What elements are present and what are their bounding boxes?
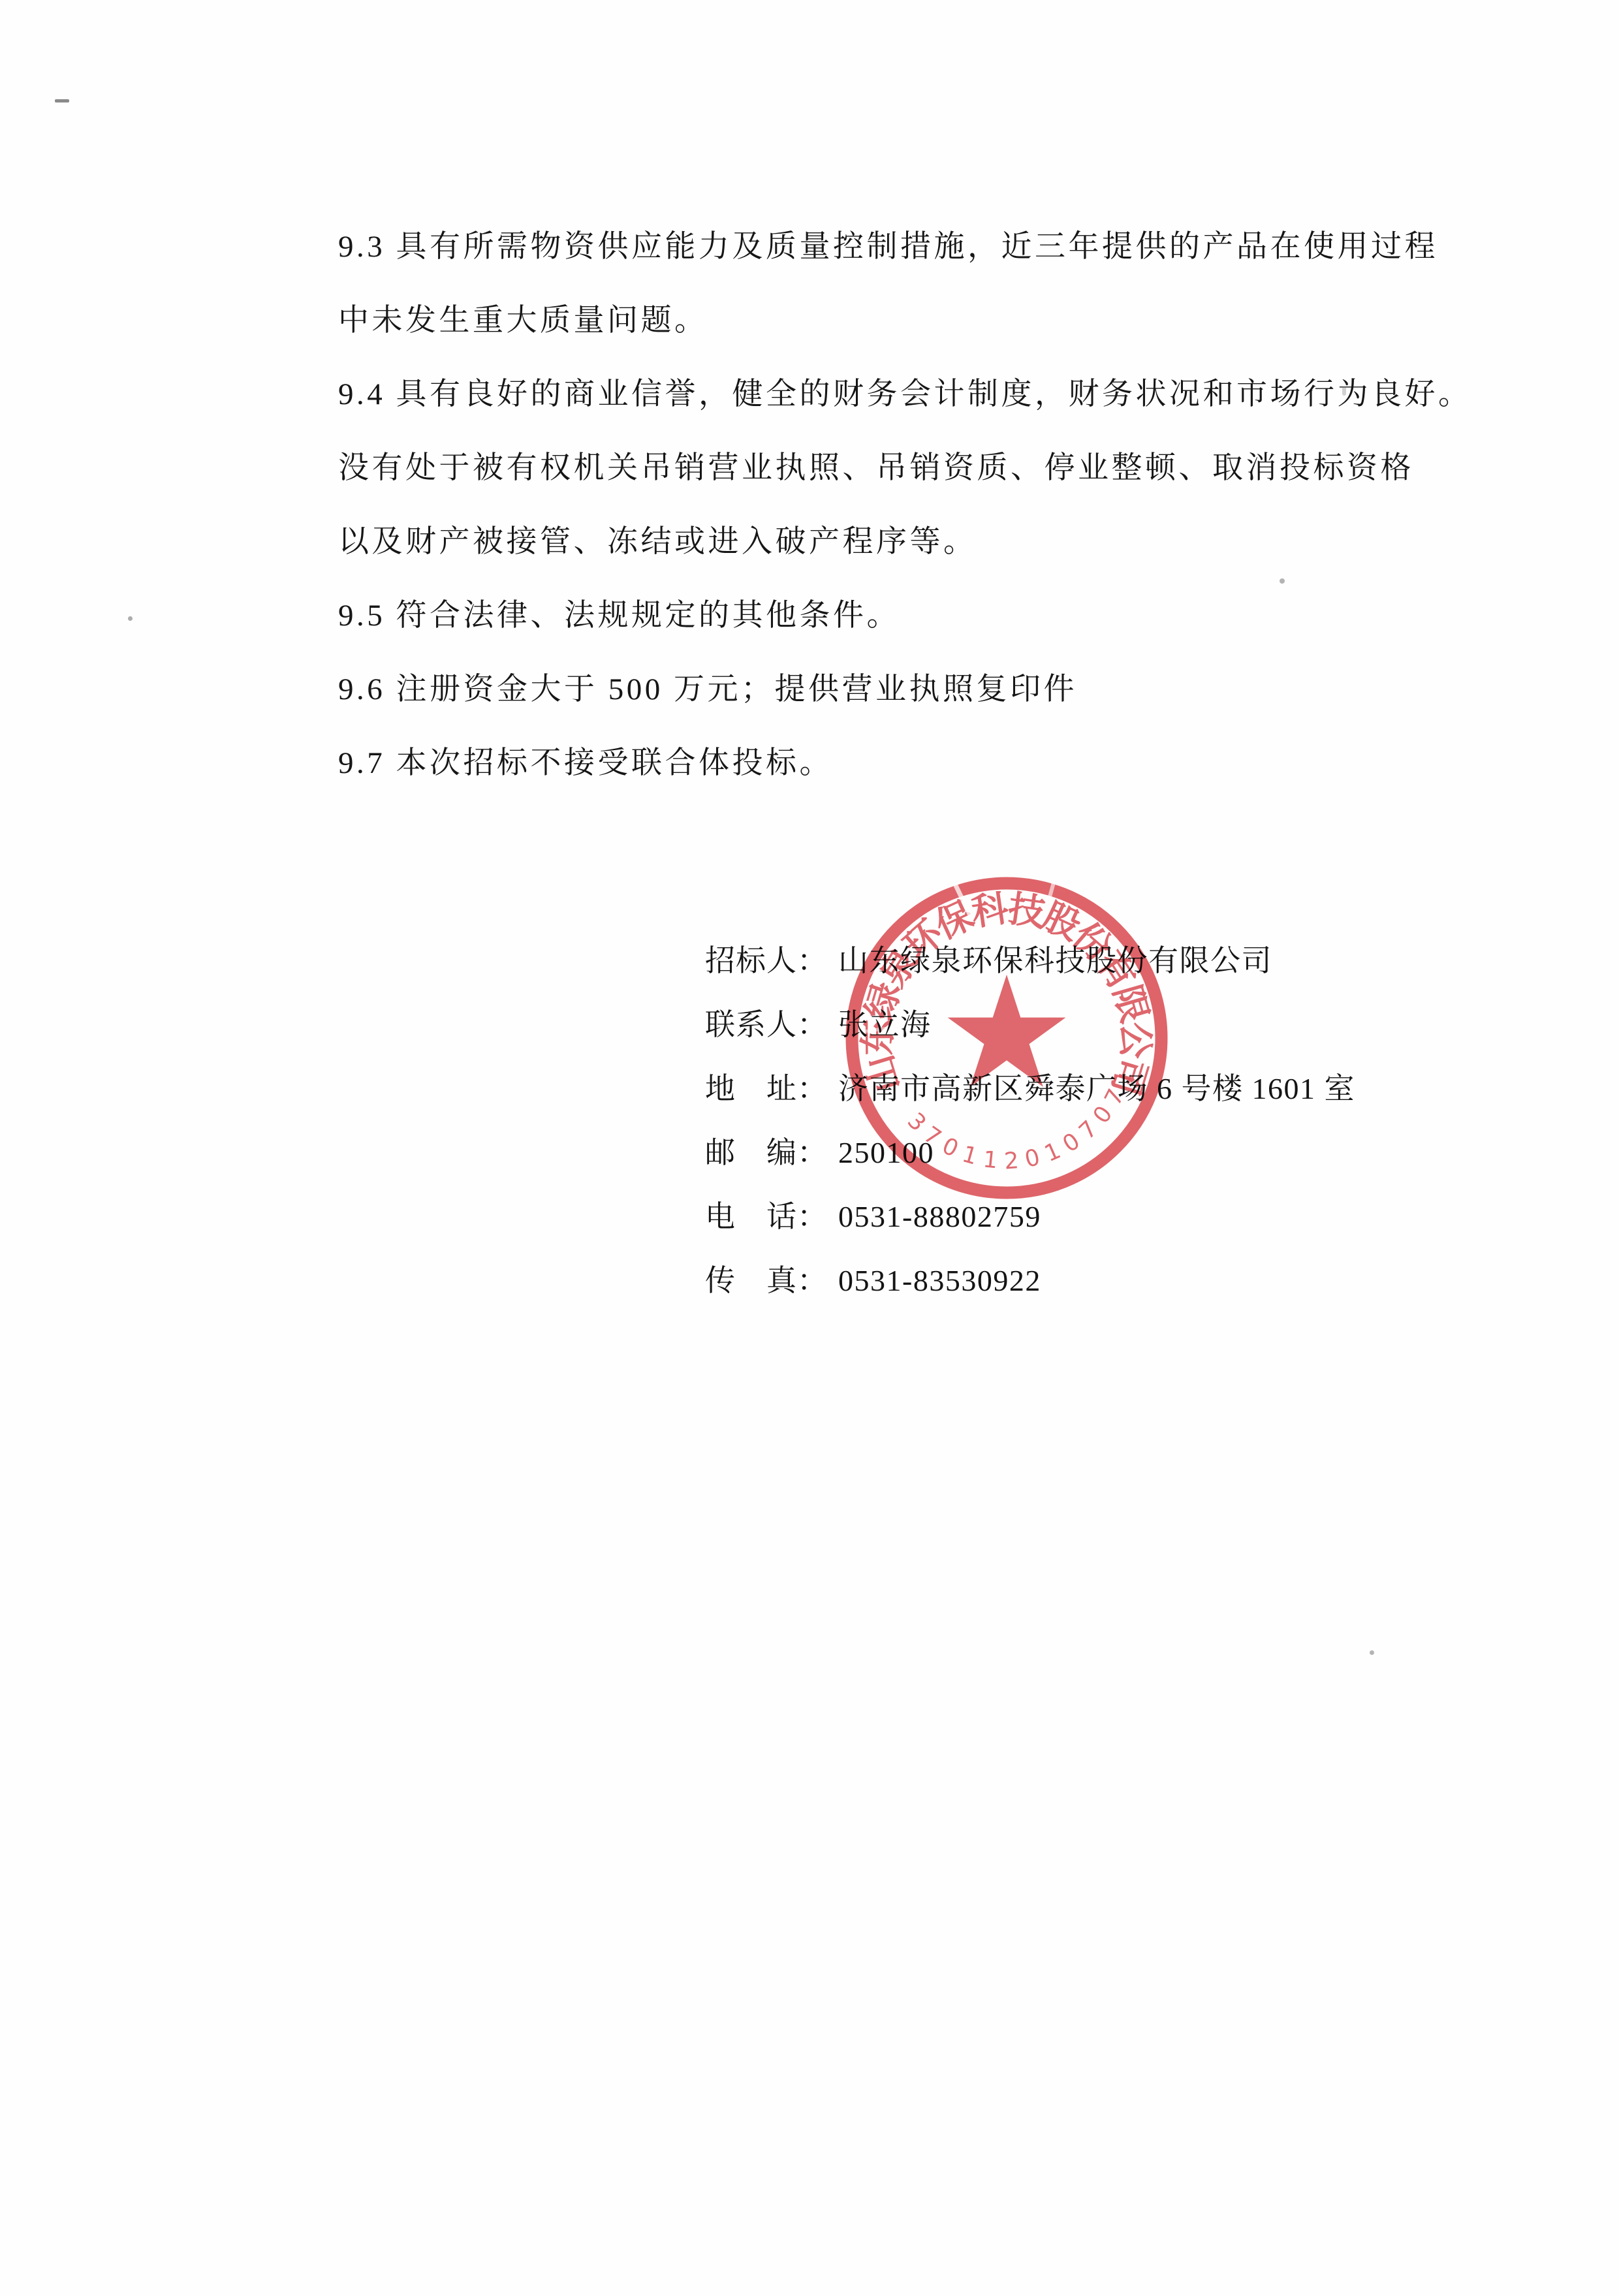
contact-label: 电 话： <box>705 1185 833 1249</box>
clause-line: 9.4 具有良好的商业信誉，健全的财务会计制度，财务状况和市场行为良好。 <box>338 358 1422 432</box>
clause-line: 9.6 注册资金大于 500 万元；提供营业执照复印件 <box>338 653 1422 727</box>
seal-star-icon <box>948 975 1066 1087</box>
contact-label: 传 真： <box>705 1249 833 1313</box>
contact-label: 联系人： <box>705 993 833 1057</box>
contact-label: 招标人： <box>705 929 833 993</box>
clause-line: 中未发生重大质量问题。 <box>338 284 1422 358</box>
clauses-section: 9.3 具有所需物资供应能力及质量控制措施，近三年提供的产品在使用过程 中未发生… <box>338 210 1422 800</box>
contact-label: 邮 编： <box>705 1121 833 1185</box>
contact-value: 0531-83530922 <box>838 1249 1041 1313</box>
clause-line: 9.7 本次招标不接受联合体投标。 <box>338 727 1422 800</box>
contact-label: 地 址： <box>705 1057 833 1121</box>
clause-line: 以及财产被接管、冻结或进入破产程序等。 <box>338 505 1422 579</box>
company-seal: 山东绿泉环保科技股份有限公司 3701120107071 <box>824 855 1189 1221</box>
clause-line: 9.5 符合法律、法规规定的其他条件。 <box>338 579 1422 653</box>
contact-row-fax: 传 真： 0531-83530922 <box>705 1249 1355 1313</box>
scan-speck <box>128 616 133 621</box>
scan-speck <box>55 99 69 102</box>
scan-speck <box>1342 386 1346 396</box>
scan-speck <box>1280 578 1285 584</box>
document-page: { "page": { "background": "#fefefe", "in… <box>0 0 1619 2296</box>
scan-speck <box>1370 1650 1374 1655</box>
clause-line: 没有处于被有权机关吊销营业执照、吊销资质、停业整顿、取消投标资格 <box>338 432 1422 505</box>
clause-line: 9.3 具有所需物资供应能力及质量控制措施，近三年提供的产品在使用过程 <box>338 210 1422 284</box>
